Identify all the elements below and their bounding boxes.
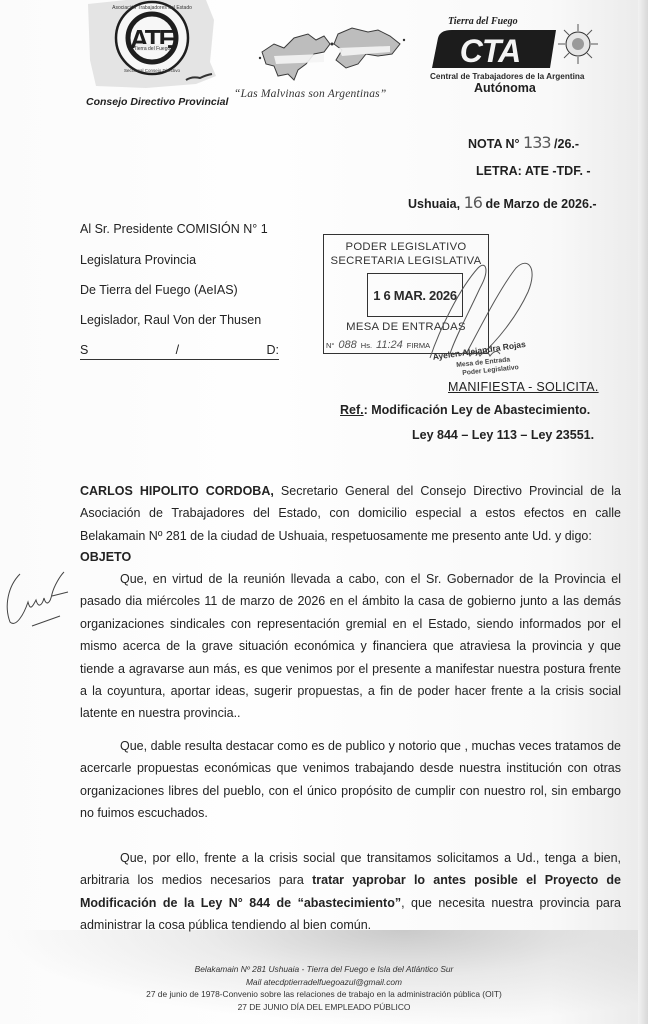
footer-mail[interactable]: Mail atecdptierradelfuegoazul@gmail.com [0,976,648,989]
ate-caption: Consejo Directivo Provincial [86,96,228,108]
ref-label: Ref. [340,403,364,417]
svg-text:CTA: CTA [460,33,520,69]
letra-line: LETRA: ATE -TDF. - [476,164,591,178]
addressee-line-4: Legislador, Raul Von der Thusen [80,313,261,327]
ate-union-logo-icon: ATE Tierra del Fuego Asociación Trabajad… [86,0,218,88]
nota-number-handwritten: 133 [523,133,551,152]
footer-dia: 27 DE JUNIO DÍA DEL EMPLEADO PÚBLICO [0,1001,648,1014]
svg-text:Tierra del Fuego: Tierra del Fuego [134,46,171,52]
footer: Belakamain Nº 281 Ushuaia - Tierra del F… [0,963,648,1013]
stamp-title: PODER LEGISLATIVO [324,241,488,253]
svg-text:Asociación Trabajadores del Es: Asociación Trabajadores del Estado [112,5,192,11]
paragraph-2-text: Que, dable resulta destacar como es de p… [80,735,621,825]
cta-union-logo-icon: CTA [428,22,604,72]
cta-central-text: Central de Trabajadores de la Argentina [430,72,584,81]
sd-mid: / [176,343,179,359]
page-edge [638,0,648,1024]
signer-name: CARLOS HIPOLITO CORDOBA, [80,484,274,498]
addressee-line-2: Legislatura Provincia [80,253,196,267]
footer-convenio: 27 de junio de 1978-Convenio sobre las r… [0,988,648,1001]
sd-left: S [80,343,88,359]
paragraph-1-text: Que, en virtud de la reunión llevada a c… [80,568,621,725]
stamp-hs-value: 11:24 [376,339,403,351]
objeto-heading: OBJETO [80,546,621,568]
malvinas-caption: “Las Malvinas son Argentinas” [234,88,386,100]
nota-number-line: NOTA N° 133 /26.- [468,133,579,152]
malvinas-islands-map-icon [254,14,414,86]
paragraph-3: Que, por ello, frente a la crisis social… [80,847,621,937]
paragraph-1: Que, en virtud de la reunión llevada a c… [80,568,621,725]
paragraph-2: Que, dable resulta destacar como es de p… [80,735,621,825]
margin-initials-scribble-icon [2,566,72,628]
manifiesta-solicita: MANIFIESTA - SOLICITA. [448,380,599,394]
date-place: Ushuaia, [408,197,460,211]
ref-text: : Modificación Ley de Abastecimiento. [364,403,591,417]
addressee-line-1: Al Sr. Presidente COMISIÓN N° 1 [80,222,268,236]
footer-address: Belakamain Nº 281 Ushuaia - Tierra del F… [0,963,648,976]
addressee-line-3: De Tierra del Fuego (AeIAS) [80,283,238,297]
laws-line: Ley 844 – Ley 113 – Ley 23551. [412,428,594,442]
cta-autonoma-text: Autónoma [474,81,536,95]
stamp-n-label: N° [326,341,334,350]
reference-line: Ref.: Modificación Ley de Abastecimiento… [340,403,590,417]
date-line: Ushuaia, 16 de Marzo de 2026.- [408,193,597,212]
nota-label: NOTA N° [468,137,520,151]
date-day-handwritten: 16 [464,193,482,212]
sd-right: D: [266,343,279,359]
stamp-hs-label: Hs. [361,341,372,350]
intro-paragraph: CARLOS HIPOLITO CORDOBA, Secretario Gene… [80,480,621,547]
sd-line: S / D: [80,343,279,360]
stamp-n-value: 088 [338,339,356,351]
date-rest: de Marzo de 2026.- [485,197,596,211]
svg-text:Seccional Consejo Directivo: Seccional Consejo Directivo [124,68,181,73]
nota-suffix: /26.- [554,137,579,151]
